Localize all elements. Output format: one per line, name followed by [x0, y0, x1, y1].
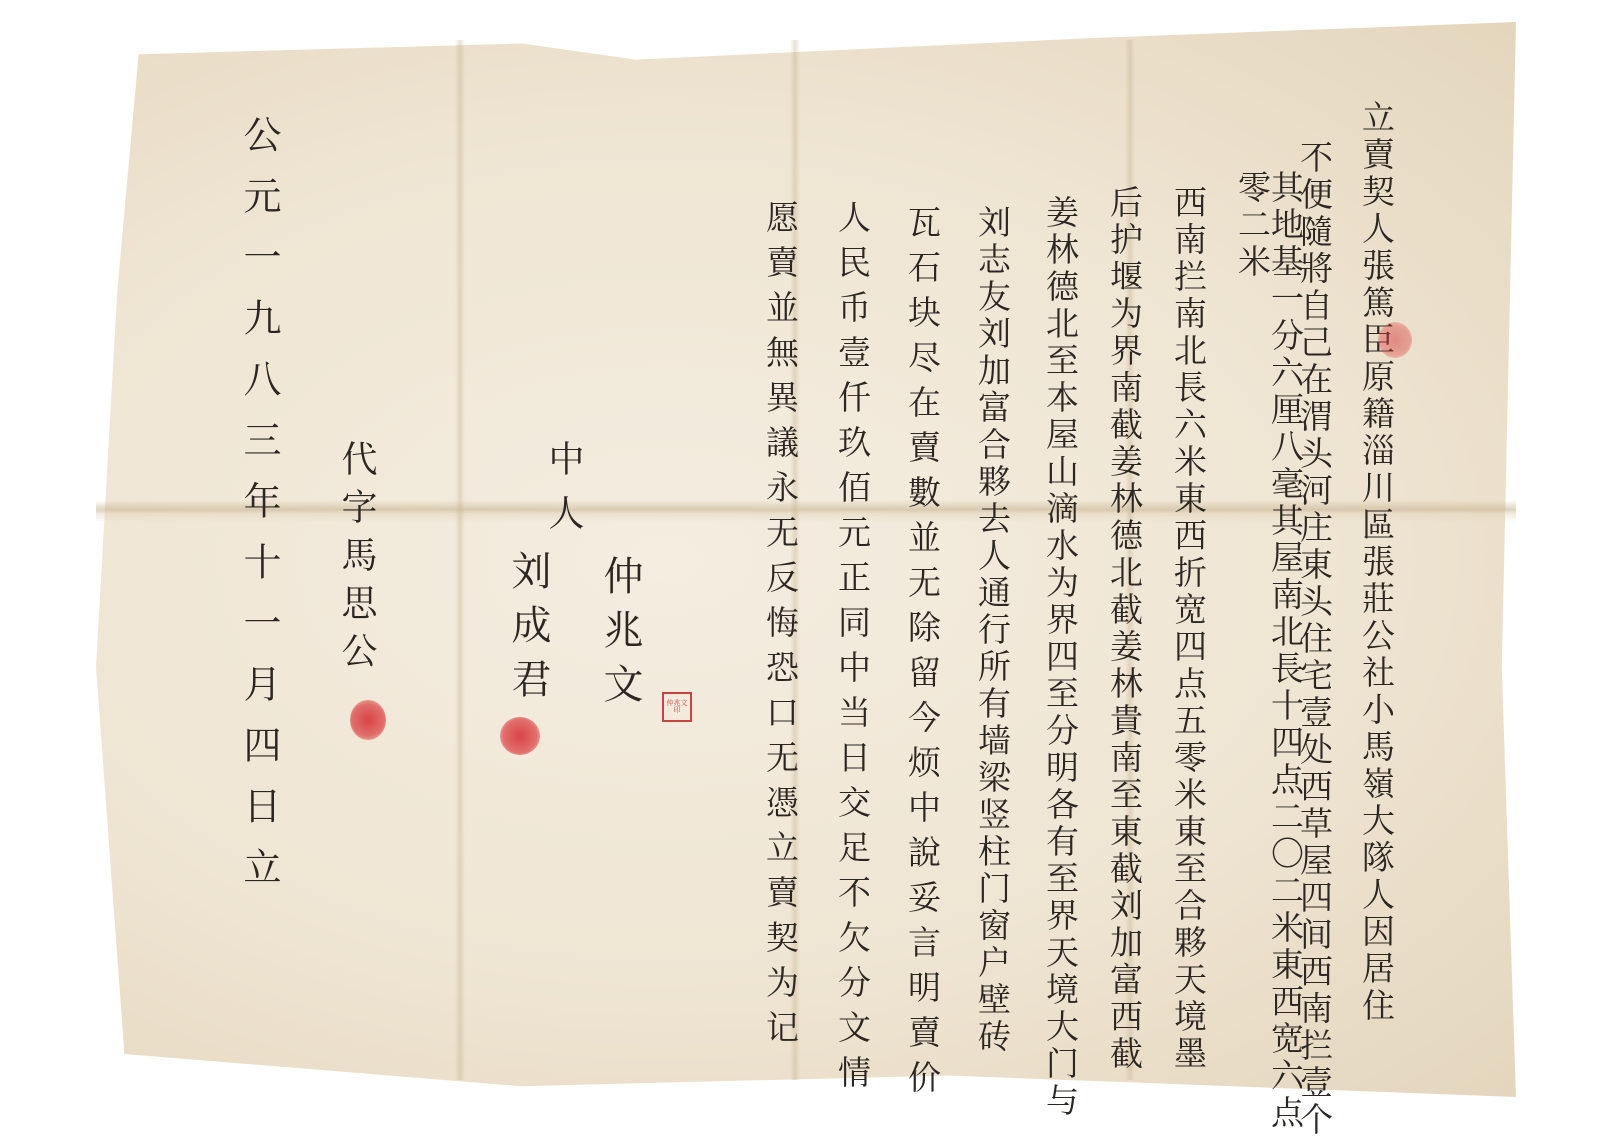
contract-column-4: 西南拦南北長六米東西折宽四点五零米東至合夥天境墨	[1172, 185, 1205, 1073]
contract-column-6: 姜林德北至本屋山滴水为界四至分明各有至界天境大门与	[1044, 195, 1077, 1120]
contract-column-7: 刘志友刘加富合夥去人通行所有墙梁竖柱门窗户壁砖	[976, 205, 1009, 1056]
contract-column-9: 人民币壹仟玖佰元正同中当日交足不欠分文情	[836, 200, 869, 1100]
fingerprint-seal-seller	[1378, 322, 1412, 358]
scribe-signature: 代字馬思公	[338, 440, 374, 680]
contract-column-1: 立賣契人張篤臣原籍淄川區張莊公社小馬嶺大隊人因居住	[1360, 100, 1393, 1025]
middlemen-label: 中人	[545, 440, 581, 548]
contract-column-10: 愿賣並無異議永无反悔恐口无憑立賣契为记	[764, 200, 797, 1055]
square-name-seal: 仲兆文印	[662, 692, 692, 722]
middleman-name-1: 仲兆文	[600, 555, 640, 717]
contract-column-5: 后护堰为界南截姜林德北截姜林貴南至東截刘加富西截	[1108, 185, 1141, 1073]
vertical-fold-crease	[455, 40, 465, 1080]
middleman-name-2: 刘成君	[508, 550, 548, 712]
contract-date: 公元一九八三年十一月四日立	[240, 115, 278, 908]
fingerprint-seal-middleman	[500, 717, 540, 755]
fingerprint-seal-scribe	[350, 700, 386, 740]
contract-column-3: 其地基一分六厘八毫其屋南北長十四点二〇二米東西宽六点零二米	[1236, 170, 1302, 1143]
contract-column-8: 瓦石块尽在賣數並无除留今烦中說妥言明賣价	[906, 205, 939, 1105]
